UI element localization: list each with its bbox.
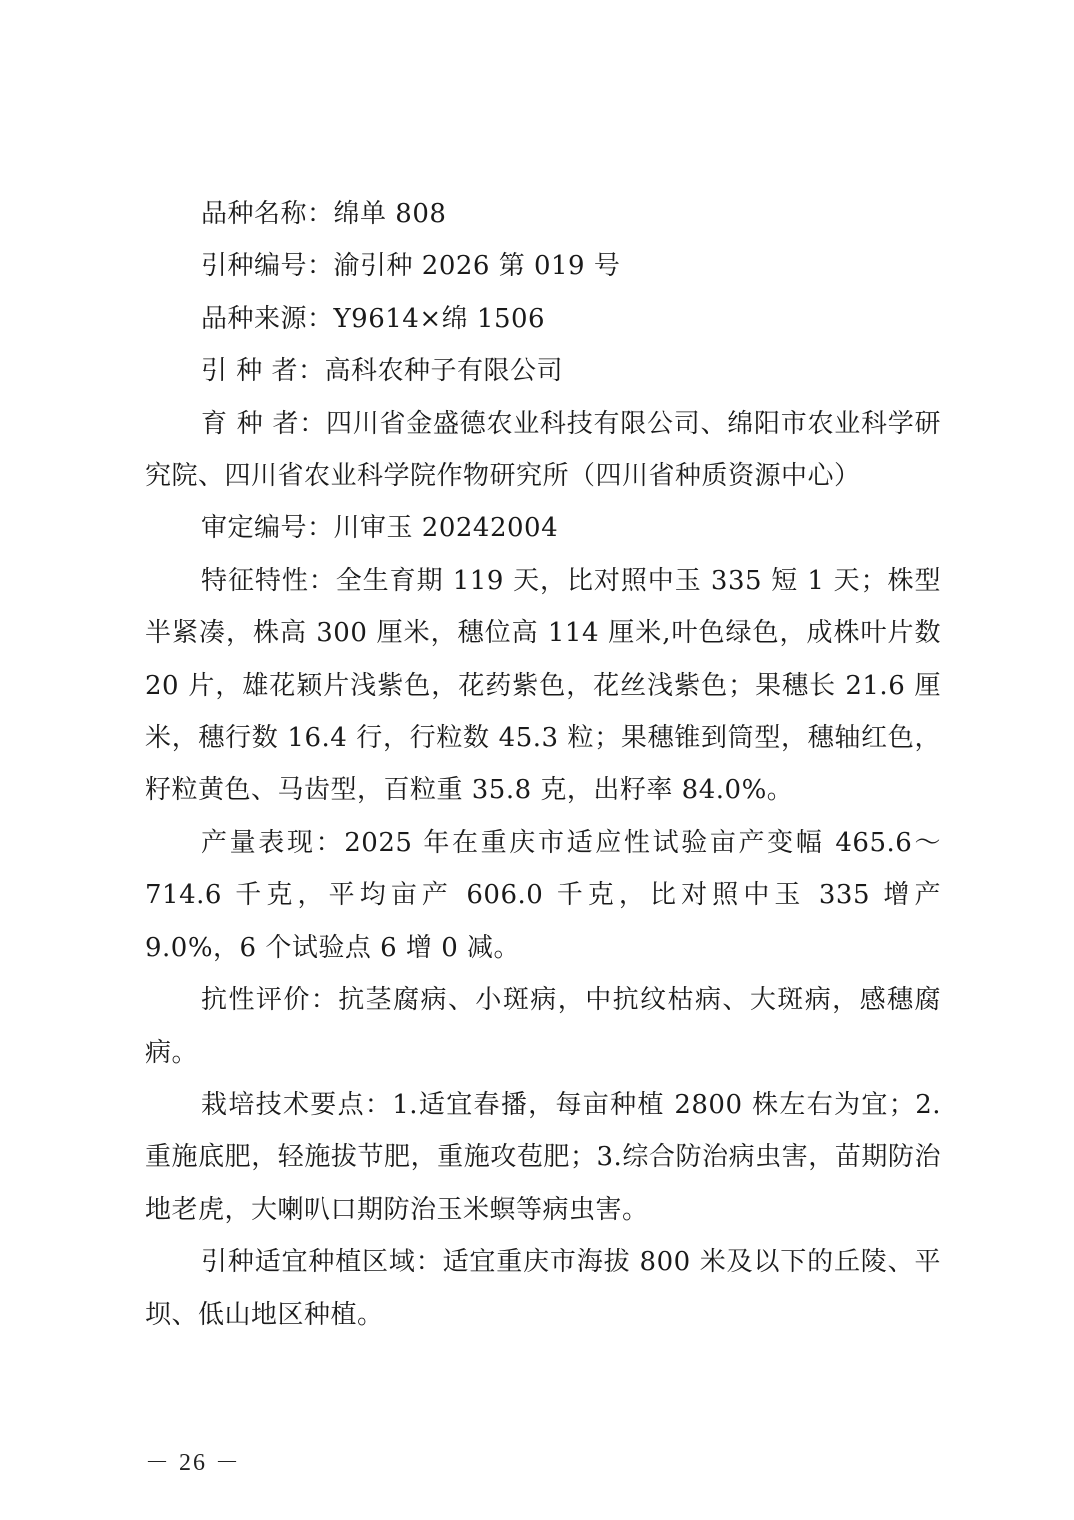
field-variety-source: 品种来源：Y9614×绵 1506 — [145, 293, 941, 345]
field-value: 渝引种 2026 第 019 号 — [334, 251, 621, 281]
field-introducer: 引 种 者：高科农种子有限公司 — [145, 345, 941, 397]
field-breeder: 育 种 者：四川省金盛德农业科技有限公司、绵阳市农业科学研究院、四川省农业科学院… — [145, 398, 941, 503]
field-label: 品种名称： — [201, 199, 334, 229]
field-cultivation-points: 栽培技术要点：1.适宜春播，每亩种植 2800 株左右为宜；2.重施底肥，轻施拔… — [145, 1079, 941, 1236]
field-label: 育 种 者： — [201, 409, 326, 439]
field-label: 栽培技术要点： — [201, 1090, 392, 1120]
field-label: 特征特性： — [201, 566, 336, 596]
field-label: 引种适宜种植区域： — [201, 1247, 443, 1277]
field-label: 抗性评价： — [201, 985, 338, 1015]
document-page: 品种名称：绵单 808 引种编号：渝引种 2026 第 019 号 品种来源：Y… — [0, 0, 1074, 1520]
field-introduction-number: 引种编号：渝引种 2026 第 019 号 — [145, 240, 941, 292]
field-resistance-evaluation: 抗性评价：抗茎腐病、小斑病，中抗纹枯病、大斑病，感穗腐病。 — [145, 974, 941, 1079]
field-approval-number: 审定编号：川审玉 20242004 — [145, 502, 941, 554]
field-variety-name: 品种名称：绵单 808 — [145, 188, 941, 240]
field-value: Y9614×绵 1506 — [334, 304, 546, 334]
field-value: 川审玉 20242004 — [334, 513, 559, 543]
field-label: 产量表现： — [201, 828, 344, 858]
field-label: 审定编号： — [201, 513, 334, 543]
field-label: 品种来源： — [201, 304, 334, 334]
field-label: 引种编号： — [201, 251, 334, 281]
field-value: 全生育期 119 天，比对照中玉 335 短 1 天；株型半紧凑，株高 300 … — [145, 566, 941, 806]
field-value: 绵单 808 — [334, 199, 447, 229]
page-number: － 26 － — [145, 1442, 241, 1477]
field-suitable-region: 引种适宜种植区域：适宜重庆市海拔 800 米及以下的丘陵、平坝、低山地区种植。 — [145, 1236, 941, 1341]
document-body: 品种名称：绵单 808 引种编号：渝引种 2026 第 019 号 品种来源：Y… — [145, 188, 941, 1341]
field-label: 引 种 者： — [201, 356, 325, 386]
field-characteristics: 特征特性：全生育期 119 天，比对照中玉 335 短 1 天；株型半紧凑，株高… — [145, 555, 941, 817]
field-value: 高科农种子有限公司 — [325, 356, 564, 386]
field-yield-performance: 产量表现：2025 年在重庆市适应性试验亩产变幅 465.6～714.6 千克，… — [145, 817, 941, 974]
